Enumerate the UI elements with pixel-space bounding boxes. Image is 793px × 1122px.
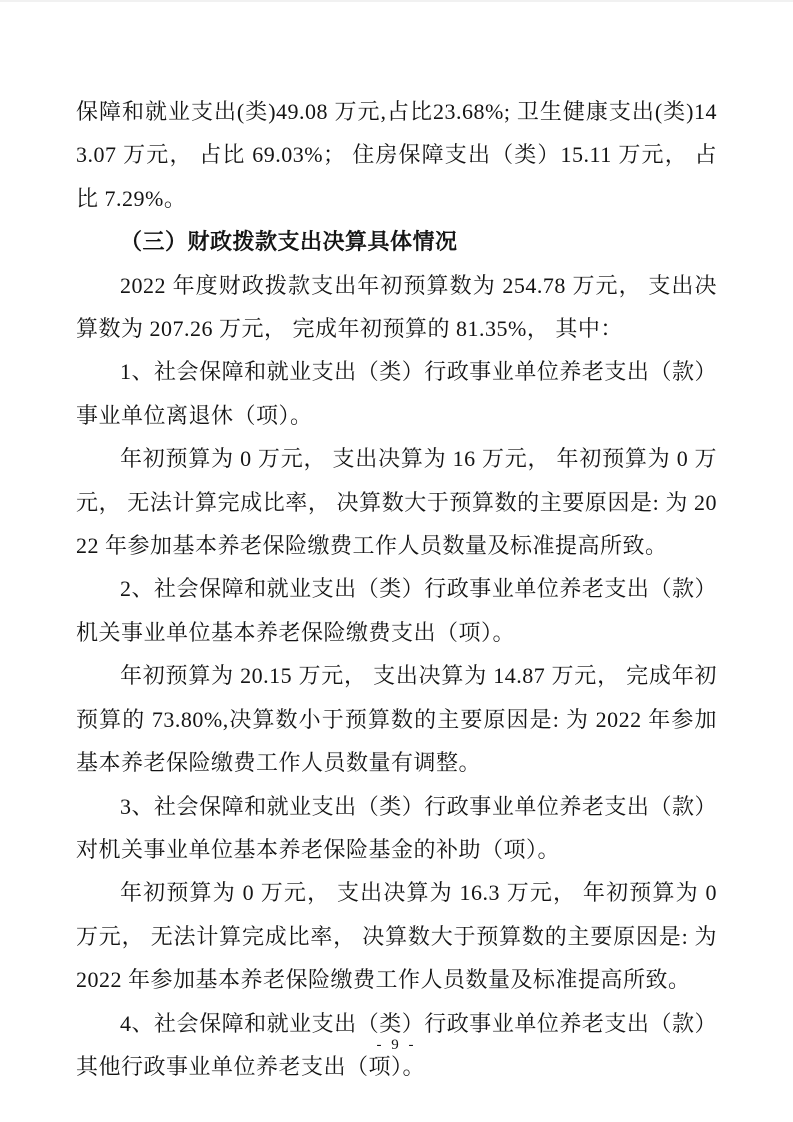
- paragraph-item-1-detail: 年初预算为 0 万元， 支出决算为 16 万元， 年初预算为 0 万元， 无法计…: [76, 437, 717, 567]
- paragraph-item-2-detail: 年初预算为 20.15 万元， 支出决算为 14.87 万元， 完成年初预算的 …: [76, 654, 717, 784]
- page-number: - 9 -: [0, 1034, 793, 1056]
- document-body: 保障和就业支出(类)49.08 万元,占比23.68%; 卫生健康支出(类)14…: [76, 90, 717, 1088]
- paragraph-item-3-detail: 年初预算为 0 万元， 支出决算为 16.3 万元， 年初预算为 0 万元， 无…: [76, 871, 717, 1001]
- paragraph-item-2-title: 2、社会保障和就业支出（类）行政事业单位养老支出（款）机关事业单位基本养老保险缴…: [76, 567, 717, 654]
- paragraph-expenditure-shares-continuation: 保障和就业支出(类)49.08 万元,占比23.68%; 卫生健康支出(类)14…: [76, 90, 717, 220]
- paragraph-item-3-title: 3、社会保障和就业支出（类）行政事业单位养老支出（款）对机关事业单位基本养老保险…: [76, 785, 717, 872]
- paragraph-item-1-title: 1、社会保障和就业支出（类）行政事业单位养老支出（款）事业单位离退休（项）。: [76, 350, 717, 437]
- section-heading-fiscal-expenditure-details: （三）财政拨款支出决算具体情况: [76, 220, 717, 263]
- paragraph-fiscal-expenditure-summary: 2022 年度财政拨款支出年初预算数为 254.78 万元， 支出决算数为 20…: [76, 264, 717, 351]
- document-page: 保障和就业支出(类)49.08 万元,占比23.68%; 卫生健康支出(类)14…: [0, 0, 793, 1122]
